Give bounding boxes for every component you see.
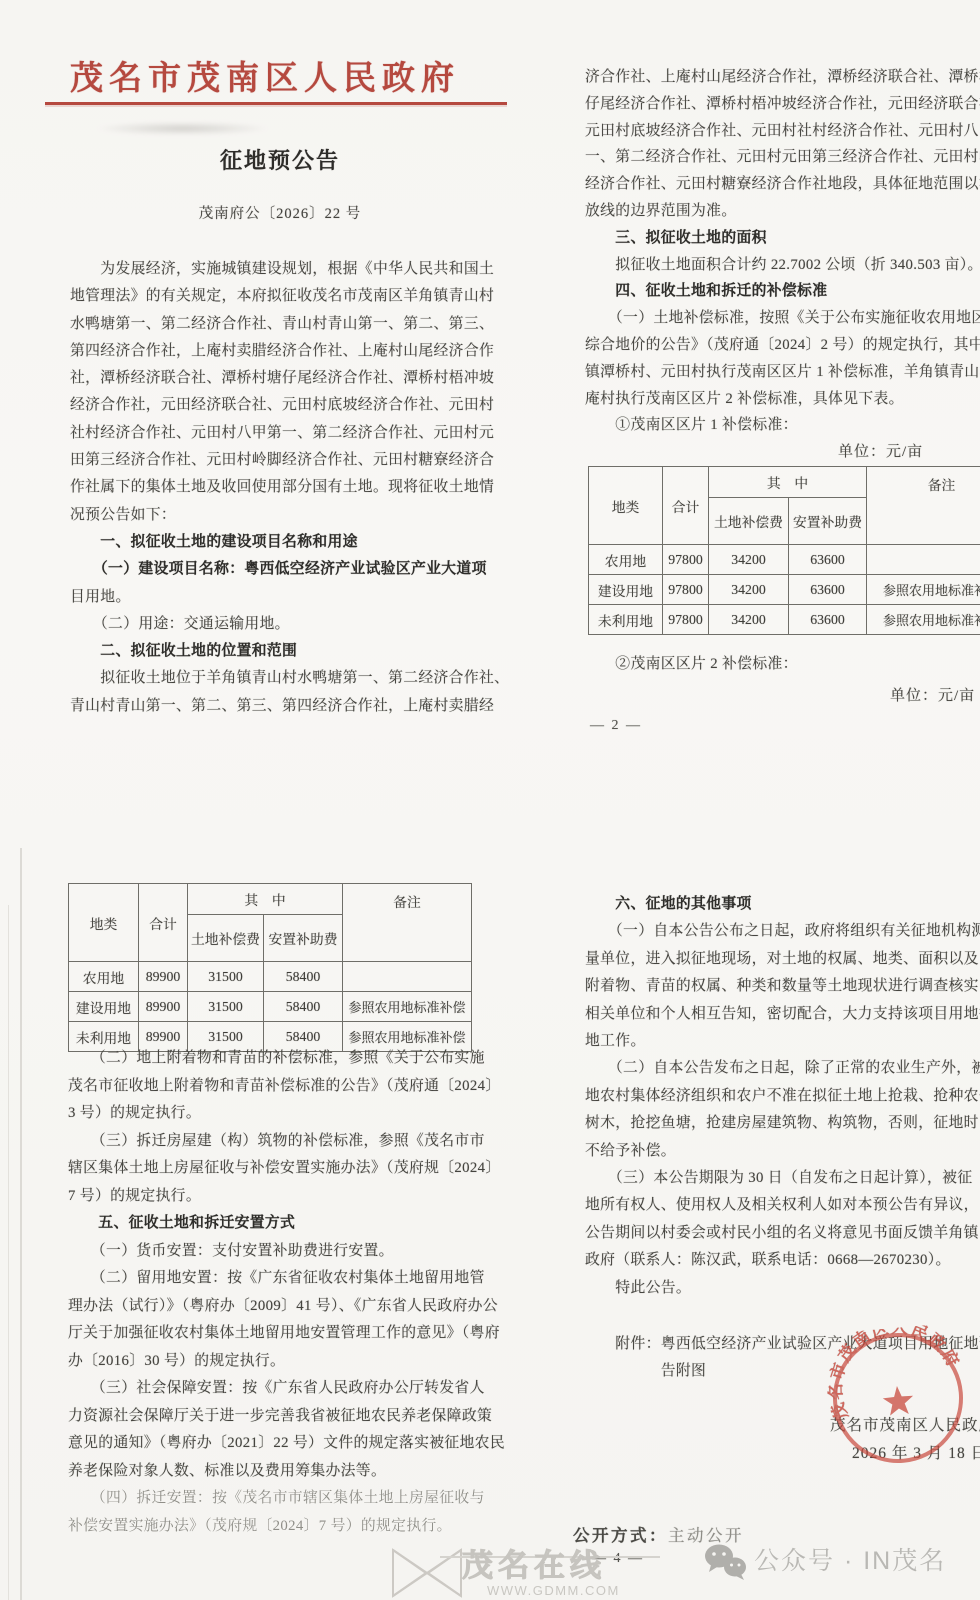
cell-land-comp: 34200 xyxy=(709,545,789,575)
cell-remark: 参照农用地标准补偿 xyxy=(867,575,980,605)
cell-resettle: 63600 xyxy=(789,575,867,605)
text-line: 社，潭桥经济联合社、潭桥村塘仔尾经济合作社、潭桥村梧冲坡 xyxy=(70,365,515,392)
text-line: 为发展经济，实施城镇建设规划，根据《中华人民共和国土 xyxy=(70,256,515,283)
table-header-row: 地类 合计 其 中 备注 xyxy=(69,884,472,915)
text-line: 附着物、青苗的权属、种类和数量等土地现状进行调查核实 xyxy=(585,973,980,1000)
unit-label: 单位：元/亩 xyxy=(838,440,923,461)
attachment-line: 告附图 xyxy=(585,1359,706,1380)
page-2-body: 济合作社、上庵村山尾经济合作社，潭桥经济联合社、潭桥村塘 仔尾经济合作社、潭桥村… xyxy=(585,64,980,439)
text-line: 地所有权人、使用权人及相关权利人如对本预公告有异议， xyxy=(585,1192,980,1219)
official-seal: 茂名市茂南区人民政府 xyxy=(822,1322,974,1474)
text-line: 政府（联系人：陈汉武，联系电话：0668—2670230）。 xyxy=(585,1247,980,1274)
cell-land-type: 建设用地 xyxy=(589,575,663,605)
page-3: 地类 合计 其 中 备注 土地补偿费 安置补助费 农用地 89900 31500… xyxy=(40,855,500,1555)
cell-total: 89900 xyxy=(139,992,188,1022)
scanned-document: 茂名市茂南区人民政府 征地预公告 茂南府公〔2026〕22 号 为发展经济，实施… xyxy=(0,0,980,1600)
text-line: 社村经济合作社、元田村八甲第一、第二经济合作社、元田村元 xyxy=(70,420,515,447)
cell-land-comp: 31500 xyxy=(188,962,264,992)
cell-total: 89900 xyxy=(139,962,188,992)
header-among: 其 中 xyxy=(709,467,867,498)
text-line: （三）社会保障安置：按《广东省人民政府办公厅转发省人 xyxy=(68,1375,498,1403)
header-remark: 备注 xyxy=(343,884,472,962)
seal-star-icon xyxy=(882,1385,915,1416)
government-header: 茂名市茂南区人民政府 xyxy=(70,52,510,99)
text-line: 理办法（试行）》（粤府办〔2009〕41 号）、《广东省人民政府办公 xyxy=(68,1293,498,1321)
document-title: 征地预公告 xyxy=(40,144,520,175)
cell-land-type: 未利用地 xyxy=(589,605,663,635)
page-edge-shadow xyxy=(20,848,22,1600)
text-line: 经济合作社，元田经济联合社、元田村底坡经济合作社、元田村 xyxy=(70,392,515,419)
text-line: （一）货币安置：支付安置补助费进行安置。 xyxy=(68,1238,498,1266)
header-land-comp: 土地补偿费 xyxy=(188,915,264,962)
text-line: 7 号）的规定执行。 xyxy=(68,1183,498,1211)
watermark-brand-name: 茂名在线 xyxy=(462,1540,606,1585)
text-line: 辖区集体土地上房屋征收与补偿安置实施办法》（茂府规〔2024〕 xyxy=(68,1155,498,1183)
cell-total: 97800 xyxy=(663,605,709,635)
scan-smudge xyxy=(95,122,270,135)
text-line: 仔尾经济合作社、潭桥村梧冲坡经济合作社，元田经济联合社、 xyxy=(585,91,980,118)
page-2: 济合作社、上庵村山尾经济合作社，潭桥经济联合社、潭桥村塘 仔尾经济合作社、潭桥村… xyxy=(560,40,980,760)
cell-land-type: 农用地 xyxy=(69,962,139,992)
text-line: 一、第二经济合作社、元田村元田第三经济合作社、元田村岭脚 xyxy=(585,144,980,171)
text-line: 不给予补偿。 xyxy=(585,1138,980,1165)
cell-resettle: 63600 xyxy=(789,605,867,635)
cell-resettle: 58400 xyxy=(264,962,343,992)
cell-resettle: 58400 xyxy=(264,992,343,1022)
text-line: 庵村执行茂南区区片 2 补偿标准，具体见下表。 xyxy=(585,386,980,413)
text-line: 目用地。 xyxy=(70,584,515,611)
header-land-comp: 土地补偿费 xyxy=(709,498,789,545)
text-line: 镇潭桥村、元田村执行茂南区区片 1 补偿标准，羊角镇青山村、上 xyxy=(585,359,980,386)
page-1: 茂名市茂南区人民政府 征地预公告 茂南府公〔2026〕22 号 为发展经济，实施… xyxy=(40,40,520,760)
header-resettle: 安置补助费 xyxy=(789,498,867,545)
wechat-icon xyxy=(703,1543,749,1581)
text-line: 力资源社会保障厅关于进一步完善我省被征地农民养老保障政策 xyxy=(68,1403,498,1431)
cell-resettle: 63600 xyxy=(789,545,867,575)
table-row: 农用地 89900 31500 58400 xyxy=(69,962,472,992)
table-row: 农用地 97800 34200 63600 xyxy=(589,545,980,575)
compensation-table-zone1: 地类 合计 其 中 备注 土地补偿费 安置补助费 农用地 97800 34200… xyxy=(588,466,980,635)
cell-land-type: 农用地 xyxy=(589,545,663,575)
text-line: （一）土地补偿标准，按照《关于公布实施征收农用地区片 xyxy=(585,305,980,332)
section-heading: 五、征收土地和拆迁安置方式 xyxy=(68,1210,498,1238)
text-line: 放线的边界范围为准。 xyxy=(585,198,980,225)
cell-remark: 参照农用地标准补偿 xyxy=(343,992,472,1022)
watermark-brand-url: WWW.GDMM.COM xyxy=(487,1583,620,1598)
seal-graphic: 茂名市茂南区人民政府 xyxy=(822,1322,974,1474)
header-resettle: 安置补助费 xyxy=(264,915,343,962)
text-line: （二）自本公告发布之日起，除了正常的农业生产外，被 xyxy=(585,1055,980,1082)
section-heading: 一、拟征收土地的建设项目名称和用途 xyxy=(70,529,515,556)
cell-remark: 参照农用地标准补偿 xyxy=(867,605,980,635)
text-line: 元田村底坡经济合作社、元田村社村经济合作社、元田村八甲第 xyxy=(585,118,980,145)
cell-remark xyxy=(867,545,980,575)
text-line: 况预公告如下： xyxy=(70,502,515,529)
text-line: 水鸭塘第一、第二经济合作社、青山村青山第一、第二、第三、 xyxy=(70,311,515,338)
text-line: 办〔2016〕30 号）的规定执行。 xyxy=(68,1348,498,1376)
page-number-2: — 2 — xyxy=(590,718,642,734)
text-line: 特此公告。 xyxy=(585,1275,980,1302)
text-line: 厅关于加强征收农村集体土地留用地安置管理工作的意见》（粤府 xyxy=(68,1320,498,1348)
text-line: （一）自本公告公布之日起，政府将组织有关征地机构测 xyxy=(585,918,980,945)
text-line: 养老保险对象人数、标准以及费用筹集办法等。 xyxy=(68,1458,498,1486)
cell-land-comp: 34200 xyxy=(709,605,789,635)
header-rule xyxy=(45,102,507,105)
text-line: 经济合作社、元田村糖寮经济合作社地段，具体征地范围以测 xyxy=(585,171,980,198)
table-row: 未利用地 97800 34200 63600 参照农用地标准补偿 xyxy=(589,605,980,635)
table-row: 建设用地 89900 31500 58400 参照农用地标准补偿 xyxy=(69,992,472,1022)
section-heading: 四、征收土地和拆迁的补偿标准 xyxy=(585,278,980,305)
text-line: 青山村青山第一、第二、第三、第四经济合作社，上庵村卖腊经 xyxy=(70,693,515,720)
text-line: 公告期间以村委会或村民小组的名义将意见书面反馈羊角镇 xyxy=(585,1220,980,1247)
section-heading: 三、拟征收土地的面积 xyxy=(585,225,980,252)
text-line: 3 号）的规定执行。 xyxy=(68,1100,498,1128)
page-1-body: 为发展经济，实施城镇建设规划，根据《中华人民共和国土 地管理法》的有关规定，本府… xyxy=(70,256,515,720)
table-header-row: 地类 合计 其 中 备注 xyxy=(589,467,980,498)
text-line: 相关单位和个人相互告知，密切配合，大力支持该项目用地征 xyxy=(585,1001,980,1028)
text-line: 茂名市征收地上附着物和青苗补偿标准的公告》（茂府通〔2024〕 xyxy=(68,1073,498,1101)
text-line: 树木，抢挖鱼塘，抢建房屋建筑物、构筑物，否则，征地时 xyxy=(585,1110,980,1137)
text-line: 第四经济合作社，上庵村卖腊经济合作社、上庵村山尾经济合作 xyxy=(70,338,515,365)
document-number: 茂南府公〔2026〕22 号 xyxy=(40,202,520,223)
text-line: 意见的通知》（粤府办〔2021〕22 号）文件的规定落实被征地农民 xyxy=(68,1430,498,1458)
section-heading: 六、征地的其他事项 xyxy=(585,891,980,918)
text-line: （二）用途：交通运输用地。 xyxy=(70,611,515,638)
text-line: 综合地价的公告》（茂府通〔2024〕2 号）的规定执行，其中羊角 xyxy=(585,332,980,359)
header-total: 合计 xyxy=(663,467,709,545)
cell-land-comp: 31500 xyxy=(188,992,264,1022)
cell-total: 97800 xyxy=(663,545,709,575)
cell-land-type: 建设用地 xyxy=(69,992,139,1022)
text-line: 量单位，进入拟征地现场，对土地的权属、地类、面积以及 xyxy=(585,946,980,973)
text-line: 田第三经济合作社、元田村岭脚经济合作社、元田村糖寮经济合 xyxy=(70,447,515,474)
unit-label: 单位：元/亩 xyxy=(890,684,975,705)
text-line: （二）留用地安置：按《广东省征收农村集体土地留用地管 xyxy=(68,1265,498,1293)
compensation-table-zone2: 地类 合计 其 中 备注 土地补偿费 安置补助费 农用地 89900 31500… xyxy=(68,883,472,1052)
page-3-body: （二）地上附着物和青苗的补偿标准，参照《关于公布实施 茂名市征收地上附着物和青苗… xyxy=(68,1045,498,1540)
section-zone2-heading: ②茂南区区片 2 补偿标准： xyxy=(585,652,798,673)
page-4-body: 六、征地的其他事项 （一）自本公告公布之日起，政府将组织有关征地机构测 量单位，… xyxy=(585,891,980,1302)
text-line: （一）建设项目名称：粤西低空经济产业试验区产业大道项 xyxy=(70,556,515,583)
cell-total: 97800 xyxy=(663,575,709,605)
text-line: （二）地上附着物和青苗的补偿标准，参照《关于公布实施 xyxy=(68,1045,498,1073)
text-line: 作社属下的集体土地及收回使用部分国有土地。现将征收土地情 xyxy=(70,474,515,501)
header-remark: 备注 xyxy=(867,467,980,545)
page-edge-shadow xyxy=(8,905,9,1600)
text-line: （四）拆迁安置：按《茂名市市辖区集体土地上房屋征收与 xyxy=(68,1485,498,1513)
text-line: 地农村集体经济组织和农户不准在拟征土地上抢栽、抢种农作 xyxy=(585,1083,980,1110)
text-line: （三）拆迁房屋建（构）筑物的补偿标准，参照《茂名市市 xyxy=(68,1128,498,1156)
text-line: 拟征收土地位于羊角镇青山村水鸭塘第一、第二经济合作社、 xyxy=(70,665,515,692)
text-line: 补偿安置实施办法》（茂府规〔2024〕7 号）的规定执行。 xyxy=(68,1513,498,1541)
watermark-logo-icon xyxy=(390,1546,464,1600)
header-total: 合计 xyxy=(139,884,188,962)
header-land-type: 地类 xyxy=(589,467,663,545)
header-land-type: 地类 xyxy=(69,884,139,962)
wechat-account-label: 公众号 · IN茂名 xyxy=(754,1541,946,1577)
table-row: 建设用地 97800 34200 63600 参照农用地标准补偿 xyxy=(589,575,980,605)
text-line: （三）本公告期限为 30 日（自发布之日起计算），被征 xyxy=(585,1165,980,1192)
header-among: 其 中 xyxy=(188,884,343,915)
text-line: 地管理法》的有关规定，本府拟征收茂名市茂南区羊角镇青山村 xyxy=(70,283,515,310)
text-line: 地工作。 xyxy=(585,1028,980,1055)
text-line: ①茂南区区片 1 补偿标准： xyxy=(585,412,980,439)
page-4: 六、征地的其他事项 （一）自本公告公布之日起，政府将组织有关征地机构测 量单位，… xyxy=(560,870,980,1600)
cell-land-comp: 34200 xyxy=(709,575,789,605)
text-line: 济合作社、上庵村山尾经济合作社，潭桥经济联合社、潭桥村塘 xyxy=(585,64,980,91)
cell-remark xyxy=(343,962,472,992)
text-line: 拟征收土地面积合计约 22.7002 公顷（折 340.503 亩）。 xyxy=(585,252,980,279)
section-heading: 二、拟征收土地的位置和范围 xyxy=(70,638,515,665)
